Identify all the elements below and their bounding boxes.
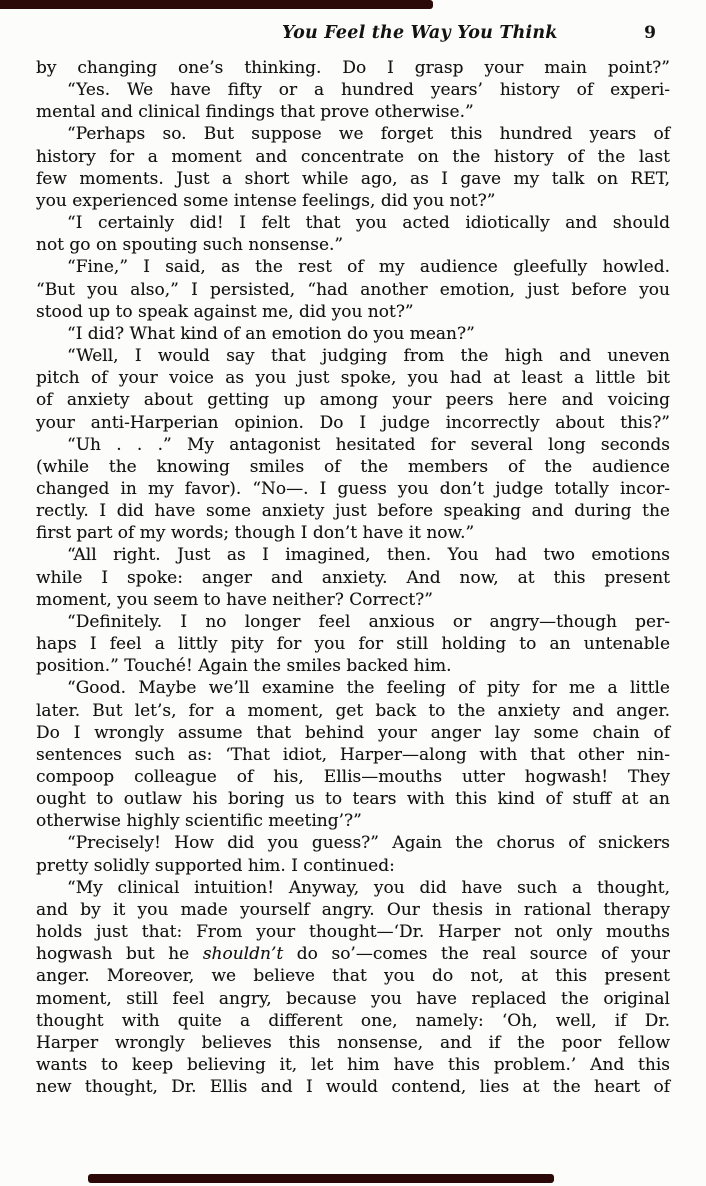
text-line: first part of my words; though I don’t h… [36,522,670,544]
text-line: and by it you made yourself angry. Our t… [36,899,670,921]
text-run: “Precisely! How did you guess?” Again th… [67,833,670,853]
book-page-scan: You Feel the Way You Think 9 by changing… [0,0,706,1186]
paragraph: “All right. Just as I imagined, then. Yo… [36,544,670,610]
paragraph: “Good. Maybe we’ll examine the feeling o… [36,677,670,832]
text-run: thought with quite a different one, name… [36,1011,670,1031]
scan-artifact-top-bar [0,0,433,9]
text-line: new thought, Dr. Ellis and I would conte… [36,1076,670,1098]
text-line: changed in my favor). “No—. I guess you … [36,478,670,500]
text-run: haps I feel a littly pity for you for st… [36,634,670,654]
text-line: “Fine,” I said, as the rest of my audien… [36,256,670,278]
text-line: “Yes. We have fifty or a hundred years’ … [36,79,670,101]
paragraph: “Fine,” I said, as the rest of my audien… [36,256,670,322]
text-run: not go on spouting such nonsense.” [36,235,343,255]
text-run: stood up to speak against me, did you no… [36,302,414,322]
text-run: while I spoke: anger and anxiety. And no… [36,568,670,588]
text-line: holds just that: From your thought—‘Dr. … [36,921,670,943]
scan-artifact-bottom-bar [88,1174,554,1183]
text-line: (while the knowing smiles of the members… [36,456,670,478]
text-line: moment, still feel angry, because you ha… [36,988,670,1010]
text-run: (while the knowing smiles of the members… [36,457,670,477]
text-run: otherwise highly scientific meeting’?” [36,811,362,831]
text-run: Do I wrongly assume that behind your ang… [36,723,670,743]
text-line: mental and clinical findings that prove … [36,101,670,123]
text-line: your anti-Harperian opinion. Do I judge … [36,412,670,434]
text-run: mental and clinical findings that prove … [36,102,474,122]
text-line: of anxiety about getting up among your p… [36,389,670,411]
text-run: few moments. Just a short while ago, as … [36,169,670,189]
text-line: few moments. Just a short while ago, as … [36,168,670,190]
text-line: pretty solidly supported him. I continue… [36,855,670,877]
text-run: “Fine,” I said, as the rest of my audien… [67,257,670,277]
paragraph: “My clinical intuition! Anyway, you did … [36,877,670,1099]
text-run: you experienced some intense feelings, d… [36,191,495,211]
text-line: Do I wrongly assume that behind your ang… [36,722,670,744]
paragraph: “I did? What kind of an emotion do you m… [36,323,670,345]
text-run: hogwash but he [36,944,203,964]
text-line: haps I feel a littly pity for you for st… [36,633,670,655]
text-line: “Well, I would say that judging from the… [36,345,670,367]
text-line: pitch of your voice as you just spoke, y… [36,367,670,389]
running-header-title: You Feel the Way You Think [282,23,558,43]
text-line: wants to keep believing it, let him have… [36,1054,670,1076]
text-line: thought with quite a different one, name… [36,1010,670,1032]
text-run: anger. Moreover, we believe that you do … [36,966,670,986]
text-run: “But you also,” I persisted, “had anothe… [36,280,670,300]
text-line: position.” Touché! Again the smiles back… [36,655,670,677]
paragraph: by changing one’s thinking. Do I grasp y… [36,57,670,79]
text-line: “Perhaps so. But suppose we forget this … [36,123,670,145]
text-line: otherwise highly scientific meeting’?” [36,810,670,832]
text-run: “Definitely. I no longer feel anxious or… [67,612,670,632]
text-run: “Good. Maybe we’ll examine the feeling o… [67,678,670,698]
text-run: “My clinical intuition! Anyway, you did … [67,878,670,898]
text-line: not go on spouting such nonsense.” [36,234,670,256]
paragraph: “I certainly did! I felt that you acted … [36,212,670,256]
text-line: you experienced some intense feelings, d… [36,190,670,212]
text-run: moment, still feel angry, because you ha… [36,989,670,1009]
page-number: 9 [644,23,656,43]
text-run: changed in my favor). “No—. I guess you … [36,479,670,499]
text-line: Harper wrongly believes this nonsense, a… [36,1032,670,1054]
text-block: by changing one’s thinking. Do I grasp y… [36,57,670,1098]
text-run: rectly. I did have some anxiety just bef… [36,501,670,521]
running-header: You Feel the Way You Think 9 [36,23,670,47]
text-line: compoop colleague of his, Ellis—mouths u… [36,766,670,788]
text-line: by changing one’s thinking. Do I grasp y… [36,57,670,79]
text-line: anger. Moreover, we believe that you do … [36,965,670,987]
text-line: moment, you seem to have neither? Correc… [36,589,670,611]
text-line: stood up to speak against me, did you no… [36,301,670,323]
text-line: “My clinical intuition! Anyway, you did … [36,877,670,899]
paragraph: “Perhaps so. But suppose we forget this … [36,123,670,212]
text-run: position.” Touché! Again the smiles back… [36,656,452,676]
text-line: hogwash but he shouldn’t do so’—comes th… [36,943,670,965]
text-line: while I spoke: anger and anxiety. And no… [36,567,670,589]
text-run: new thought, Dr. Ellis and I would conte… [36,1077,670,1097]
paragraph: “Definitely. I no longer feel anxious or… [36,611,670,677]
text-line: ought to outlaw his boring us to tears w… [36,788,670,810]
text-run: do so’—comes the real source of your [283,944,670,964]
text-run: “Perhaps so. But suppose we forget this … [67,124,670,144]
paragraph: “Uh . . .” My antagonist hesitated for s… [36,434,670,545]
text-run: moment, you seem to have neither? Correc… [36,590,433,610]
text-run: pitch of your voice as you just spoke, y… [36,368,670,388]
text-run: of anxiety about getting up among your p… [36,390,670,410]
text-run: by changing one’s thinking. Do I grasp y… [36,58,670,78]
text-line: “But you also,” I persisted, “had anothe… [36,279,670,301]
text-run: “Uh . . .” My antagonist hesitated for s… [67,435,670,455]
text-run: sentences such as: ‘That idiot, Harper—a… [36,745,670,765]
text-line: “Precisely! How did you guess?” Again th… [36,832,670,854]
text-line: “Good. Maybe we’ll examine the feeling o… [36,677,670,699]
text-line: later. But let’s, for a moment, get back… [36,700,670,722]
text-run: and by it you made yourself angry. Our t… [36,900,670,920]
italic-text: shouldn’t [203,944,283,964]
text-run: pretty solidly supported him. I continue… [36,856,395,876]
text-run: holds just that: From your thought—‘Dr. … [36,922,670,942]
text-run: ought to outlaw his boring us to tears w… [36,789,670,809]
text-run: “Well, I would say that judging from the… [67,346,670,366]
paragraph: “Precisely! How did you guess?” Again th… [36,832,670,876]
text-line: history for a moment and concentrate on … [36,146,670,168]
text-run: wants to keep believing it, let him have… [36,1055,670,1075]
text-run: history for a moment and concentrate on … [36,147,670,167]
text-run: “I did? What kind of an emotion do you m… [67,324,475,344]
text-line: sentences such as: ‘That idiot, Harper—a… [36,744,670,766]
paragraph: “Well, I would say that judging from the… [36,345,670,434]
text-line: rectly. I did have some anxiety just bef… [36,500,670,522]
text-run: compoop colleague of his, Ellis—mouths u… [36,767,670,787]
paragraph: “Yes. We have fifty or a hundred years’ … [36,79,670,123]
text-line: “Uh . . .” My antagonist hesitated for s… [36,434,670,456]
text-line: “Definitely. I no longer feel anxious or… [36,611,670,633]
text-run: “All right. Just as I imagined, then. Yo… [67,545,670,565]
text-run: your anti-Harperian opinion. Do I judge … [36,413,670,433]
text-run: “Yes. We have fifty or a hundred years’ … [67,80,670,100]
text-run: later. But let’s, for a moment, get back… [36,701,670,721]
text-run: “I certainly did! I felt that you acted … [67,213,670,233]
text-line: “I certainly did! I felt that you acted … [36,212,670,234]
text-run: first part of my words; though I don’t h… [36,523,474,543]
text-run: Harper wrongly believes this nonsense, a… [36,1033,670,1053]
text-line: “I did? What kind of an emotion do you m… [36,323,670,345]
text-line: “All right. Just as I imagined, then. Yo… [36,544,670,566]
